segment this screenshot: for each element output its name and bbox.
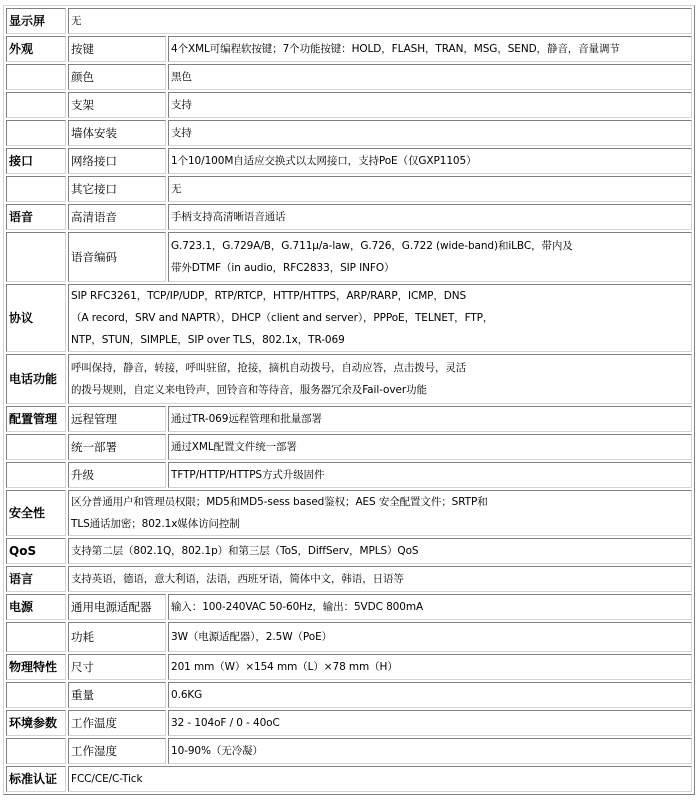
- label-cell: 按键: [68, 36, 166, 62]
- category-cell: [6, 232, 66, 282]
- value-cell: 支持英语，德语，意大利语，法语，西班牙语，简体中文，韩语，日语等: [68, 566, 692, 592]
- category-cell: 语言: [6, 566, 66, 592]
- value-cell: 呼叫保持，静音，转接，呼叫驻留，抢接，摘机自动拨号，自动应答，点击拨号，灵活 的…: [68, 354, 692, 404]
- table-row: 墙体安装 支持: [6, 120, 692, 146]
- category-cell: 安全性: [6, 490, 66, 536]
- table-row: 配置管理 远程管理 通过TR-069远程管理和批量部署: [6, 406, 692, 432]
- category-cell: 显示屏: [6, 8, 66, 34]
- category-cell: 环境参数: [6, 710, 66, 736]
- category-cell: [6, 120, 66, 146]
- value-cell: 32 - 104oF / 0 - 40oC: [168, 710, 692, 736]
- label-cell: 统一部署: [68, 434, 166, 460]
- value-cell: 支持: [168, 120, 692, 146]
- label-cell: 网络接口: [68, 148, 166, 174]
- label-cell: 支架: [68, 92, 166, 118]
- table-row: 标准认证 FCC/CE/C-Tick: [6, 766, 692, 792]
- category-cell: 接口: [6, 148, 66, 174]
- value-line: SIP RFC3261，TCP/IP/UDP，RTP/RTCP，HTTP/HTT…: [71, 285, 689, 307]
- label-cell: 通用电源适配器: [68, 594, 166, 620]
- table-row: 功耗 3W（电源适配器），2.5W（PoE）: [6, 622, 692, 652]
- table-row: 颜色 黑色: [6, 64, 692, 90]
- table-row: 电源 通用电源适配器 输入：100-240VAC 50-60Hz，输出：5VDC…: [6, 594, 692, 620]
- value-cell: FCC/CE/C-Tick: [68, 766, 692, 792]
- value-cell: 201 mm（W）×154 mm（L）×78 mm（H）: [168, 654, 692, 680]
- value-cell: 4个XML可编程软按键；7个功能按键：HOLD，FLASH，TRAN，MSG，S…: [168, 36, 692, 62]
- category-cell: QoS: [6, 538, 66, 564]
- table-row: 支架 支持: [6, 92, 692, 118]
- table-row: 电话功能 呼叫保持，静音，转接，呼叫驻留，抢接，摘机自动拨号，自动应答，点击拨号…: [6, 354, 692, 404]
- value-cell: 通过TR-069远程管理和批量部署: [168, 406, 692, 432]
- spec-table: 显示屏 无 外观 按键 4个XML可编程软按键；7个功能按键：HOLD，FLAS…: [3, 5, 695, 795]
- value-cell: SIP RFC3261，TCP/IP/UDP，RTP/RTCP，HTTP/HTT…: [68, 284, 692, 352]
- label-cell: 墙体安装: [68, 120, 166, 146]
- table-row: 其它接口 无: [6, 176, 692, 202]
- value-cell: 3W（电源适配器），2.5W（PoE）: [168, 622, 692, 652]
- table-row: 协议 SIP RFC3261，TCP/IP/UDP，RTP/RTCP，HTTP/…: [6, 284, 692, 352]
- value-line: 区分普通用户和管理员权限；MD5和MD5-sess based鉴权；AES 安全…: [71, 491, 689, 513]
- category-cell: 标准认证: [6, 766, 66, 792]
- label-cell: 重量: [68, 682, 166, 708]
- value-cell: 手柄支持高清晰语音通话: [168, 204, 692, 230]
- category-cell: 电话功能: [6, 354, 66, 404]
- label-cell: 高清语音: [68, 204, 166, 230]
- category-cell: [6, 64, 66, 90]
- value-line: 呼叫保持，静音，转接，呼叫驻留，抢接，摘机自动拨号，自动应答，点击拨号，灵活: [71, 357, 689, 379]
- spec-table-container: 显示屏 无 外观 按键 4个XML可编程软按键；7个功能按键：HOLD，FLAS…: [3, 5, 695, 795]
- category-cell: 语音: [6, 204, 66, 230]
- category-cell: [6, 682, 66, 708]
- category-cell: 电源: [6, 594, 66, 620]
- value-cell: 输入：100-240VAC 50-60Hz，输出：5VDC 800mA: [168, 594, 692, 620]
- category-cell: 物理特性: [6, 654, 66, 680]
- table-row: 外观 按键 4个XML可编程软按键；7个功能按键：HOLD，FLASH，TRAN…: [6, 36, 692, 62]
- value-cell: 0.6KG: [168, 682, 692, 708]
- table-row: 重量 0.6KG: [6, 682, 692, 708]
- value-cell: 无: [68, 8, 692, 34]
- label-cell: 尺寸: [68, 654, 166, 680]
- category-cell: [6, 176, 66, 202]
- category-cell: [6, 462, 66, 488]
- table-row: 物理特性 尺寸 201 mm（W）×154 mm（L）×78 mm（H）: [6, 654, 692, 680]
- label-cell: 升级: [68, 462, 166, 488]
- value-cell: 支持第二层（802.1Q，802.1p）和第三层（ToS，DiffServ，MP…: [68, 538, 692, 564]
- value-cell: TFTP/HTTP/HTTPS方式升级固件: [168, 462, 692, 488]
- value-line: TLS通话加密；802.1x媒体访问控制: [71, 513, 689, 535]
- label-cell: 颜色: [68, 64, 166, 90]
- label-cell: 其它接口: [68, 176, 166, 202]
- table-row: QoS 支持第二层（802.1Q，802.1p）和第三层（ToS，DiffSer…: [6, 538, 692, 564]
- label-cell: 工作温度: [68, 710, 166, 736]
- category-cell: [6, 434, 66, 460]
- value-line: NTP，STUN，SIMPLE，SIP over TLS，802.1x，TR-0…: [71, 329, 689, 351]
- table-row: 语音 高清语音 手柄支持高清晰语音通话: [6, 204, 692, 230]
- table-row: 安全性 区分普通用户和管理员权限；MD5和MD5-sess based鉴权；AE…: [6, 490, 692, 536]
- category-cell: [6, 738, 66, 764]
- label-cell: 语音编码: [68, 232, 166, 282]
- value-line: 带外DTMF（in audio，RFC2833，SIP INFO）: [171, 257, 689, 279]
- value-line: 的拨号规则，自定义来电铃声，回铃音和等待音，服务器冗余及Fail-over功能: [71, 379, 689, 401]
- label-cell: 远程管理: [68, 406, 166, 432]
- table-row: 升级 TFTP/HTTP/HTTPS方式升级固件: [6, 462, 692, 488]
- category-cell: 配置管理: [6, 406, 66, 432]
- category-cell: [6, 622, 66, 652]
- table-row: 统一部署 通过XML配置文件统一部署: [6, 434, 692, 460]
- value-cell: 1个10/100M自适应交换式以太网接口，支持PoE（仅GXP1105）: [168, 148, 692, 174]
- label-cell: 工作湿度: [68, 738, 166, 764]
- table-row: 显示屏 无: [6, 8, 692, 34]
- table-row: 语音编码 G.723.1，G.729A/B，G.711μ/a-law，G.726…: [6, 232, 692, 282]
- value-cell: 支持: [168, 92, 692, 118]
- value-cell: 10-90%（无冷凝）: [168, 738, 692, 764]
- value-line: G.723.1，G.729A/B，G.711μ/a-law，G.726，G.72…: [171, 235, 689, 257]
- table-row: 环境参数 工作温度 32 - 104oF / 0 - 40oC: [6, 710, 692, 736]
- value-cell: 无: [168, 176, 692, 202]
- label-cell: 功耗: [68, 622, 166, 652]
- value-cell: 通过XML配置文件统一部署: [168, 434, 692, 460]
- value-cell: 区分普通用户和管理员权限；MD5和MD5-sess based鉴权；AES 安全…: [68, 490, 692, 536]
- category-cell: 协议: [6, 284, 66, 352]
- table-row: 语言 支持英语，德语，意大利语，法语，西班牙语，简体中文，韩语，日语等: [6, 566, 692, 592]
- value-cell: 黑色: [168, 64, 692, 90]
- value-cell: G.723.1，G.729A/B，G.711μ/a-law，G.726，G.72…: [168, 232, 692, 282]
- category-cell: 外观: [6, 36, 66, 62]
- table-row: 工作湿度 10-90%（无冷凝）: [6, 738, 692, 764]
- value-line: （A record，SRV and NAPTR），DHCP（client and…: [71, 307, 689, 329]
- category-cell: [6, 92, 66, 118]
- table-row: 接口 网络接口 1个10/100M自适应交换式以太网接口，支持PoE（仅GXP1…: [6, 148, 692, 174]
